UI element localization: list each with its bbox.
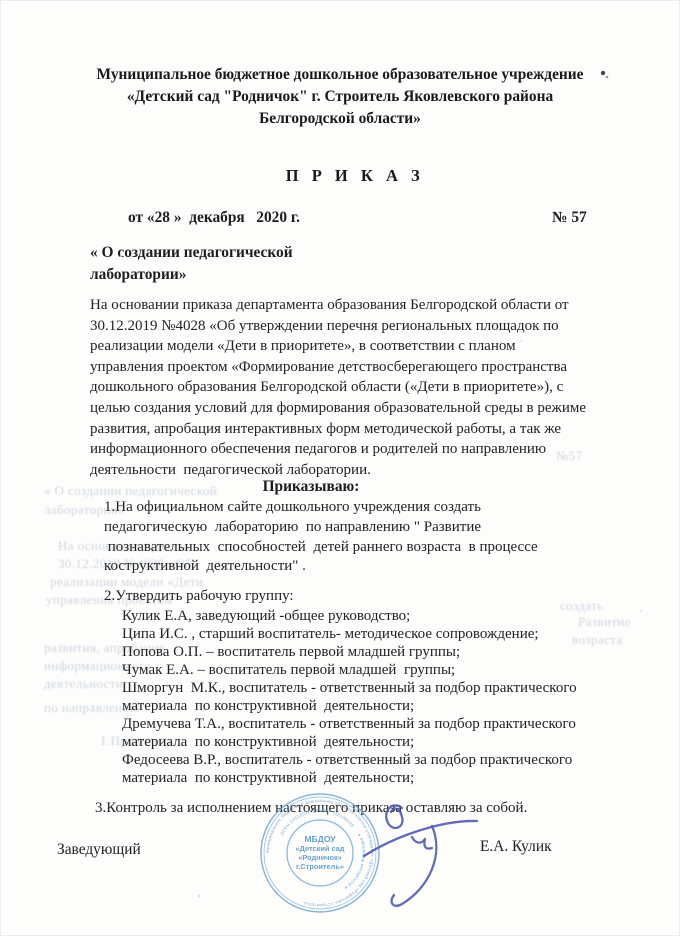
item-line: 1.На официальном сайте дошкольного учреж… [104, 498, 538, 518]
stamp-center-line: МБДОУ [304, 834, 336, 844]
working-group-member: Кулик Е.А, заведующий -общее руководство… [122, 607, 577, 625]
item-line: познавательных способностей детей раннег… [104, 538, 538, 558]
working-group-list: Кулик Е.А, заведующий -общее руководство… [122, 607, 577, 787]
signature-stroke [386, 805, 402, 828]
paragraph-line: развития, апробация интерактивных форм м… [90, 419, 586, 440]
paragraph-line: дошкольного образования Белгородской обл… [90, 377, 586, 398]
subject-line: лаборатории» [90, 264, 293, 286]
order-date: от «28 » декабря 2020 г. [128, 209, 300, 227]
signature-stroke [364, 821, 477, 856]
organization-name-line: Муниципальное бюджетное дошкольное образ… [0, 64, 680, 86]
item-line: педагогическую лабораторию по направлени… [104, 518, 538, 538]
paragraph-line: На основании приказа департамента образо… [90, 295, 586, 316]
paragraph-line: информационного обеспечения педагогов и … [90, 439, 586, 460]
handwritten-signature [350, 792, 485, 917]
paragraph-line: 30.12.2019 №4028 «Об утверждении перечня… [90, 316, 586, 337]
preamble-paragraph: На основании приказа департамента образо… [90, 295, 586, 480]
working-group-member: Федосеева В.Р., воспитатель - ответствен… [122, 751, 577, 769]
stamp-center-line: «Родничок» [298, 853, 342, 862]
bleedthrough-fragment: деятельности [44, 676, 123, 692]
stamp-center-line: «Детский сад [296, 844, 345, 853]
working-group-member: материала по конструктивной деятельности… [122, 769, 577, 787]
subject-line: « О создании педагогической [90, 242, 293, 264]
working-group-member: Чумак Е.А. – воспитатель первой младшей … [122, 661, 577, 679]
working-group-member: Дремучева Т.А., воспитатель - ответствен… [122, 715, 577, 733]
paragraph-line: целью создания условий для формирования … [90, 398, 586, 419]
signature-stroke [412, 837, 432, 849]
order-number: № 57 [552, 209, 587, 227]
paragraph-line: реализации модели «Дети в приоритете», в… [90, 336, 586, 357]
item-line: коструктивной деятельности" . [104, 557, 538, 577]
signer-name: Е.А. Кулик [480, 838, 552, 856]
working-group-member: Попова О.П. – воспитатель первой младшей… [122, 643, 577, 661]
order-item-1: 1.На официальном сайте дошкольного учреж… [104, 498, 538, 577]
working-group-member: материала по конструктивной деятельности… [122, 697, 577, 715]
document-title: П Р И К А З [15, 166, 680, 186]
organization-name-line: «Детский сад "Родничок" г. Строитель Яко… [0, 86, 680, 108]
organization-name-line: Белгородской области» [0, 108, 680, 130]
working-group-member: материала по конструктивной деятельности… [122, 733, 577, 751]
scanned-order-document: « О создании педагогической лаборатории»… [0, 0, 680, 936]
signer-role: Заведующий [57, 841, 141, 859]
stamp-center-line: г.Строитель» [296, 862, 344, 871]
order-item-2-heading: 2.Утвердить рабочую группу: [104, 588, 294, 605]
bleedthrough-fragment: возраста [572, 632, 623, 648]
organization-header: Муниципальное бюджетное дошкольное образ… [0, 64, 680, 130]
working-group-member: Ципа И.С. , старший воспитатель- методич… [122, 625, 577, 643]
order-subject: « О создании педагогической лаборатории» [90, 242, 293, 285]
resolve-heading: Приказываю: [0, 478, 651, 496]
bleedthrough-fragment: Развитие [578, 614, 631, 630]
paragraph-line: управления проектом «Формирование детств… [90, 357, 586, 378]
working-group-member: Шморгун М.К., воспитатель - ответственны… [122, 679, 577, 697]
